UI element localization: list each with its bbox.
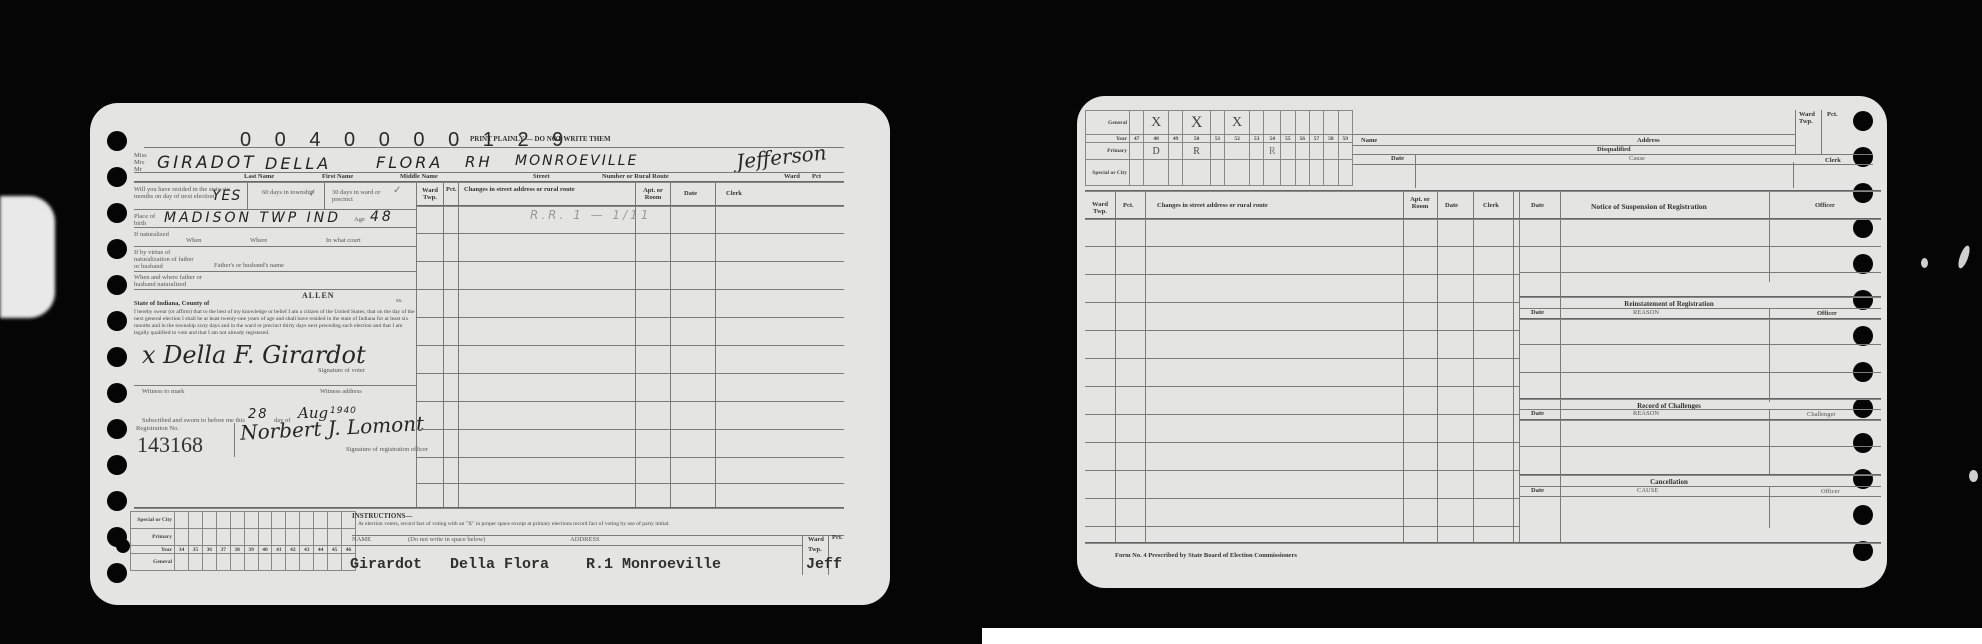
changes-header-clerk: Clerk <box>1483 203 1499 210</box>
sworn-label: Subscribed and sworn to before me this <box>142 418 245 425</box>
transfer-name-label: Name <box>1361 138 1377 145</box>
divider <box>1769 308 1770 402</box>
instructions-title: INSTRUCTIONS— <box>352 513 412 520</box>
divider <box>1519 318 1881 320</box>
changes-row <box>416 233 844 234</box>
last-name-label: Last Name <box>244 174 274 181</box>
witness-address-label: Witness address <box>320 389 362 396</box>
reinstatement-row <box>1519 372 1881 373</box>
divider <box>1519 192 1520 542</box>
divider <box>1793 162 1794 188</box>
divider <box>352 545 802 546</box>
changes-row <box>416 429 844 430</box>
transfer-address-label: Address <box>1637 138 1660 145</box>
age-label: Age <box>354 217 365 224</box>
divider <box>134 172 844 173</box>
divider <box>1795 110 1796 154</box>
dust-speck <box>1956 244 1972 269</box>
divider <box>1560 308 1561 402</box>
registration-card-front: 0 0 4 0 0 0 0 1 2 9 PRINT PLAINLY — DO N… <box>90 103 890 605</box>
voting-record-grid-1934-1946: Special or City Primary Year 34353637383… <box>130 511 356 571</box>
changes-row <box>416 401 844 402</box>
divider <box>1437 192 1438 542</box>
divider <box>1519 496 1881 497</box>
divider <box>416 181 417 507</box>
ss-label: ss. <box>396 298 403 305</box>
divider <box>1519 419 1881 421</box>
registration-card-back: General XXX Year 47484950515253545556575… <box>1077 96 1887 588</box>
number-route-label: Number or Rural Route <box>602 174 669 181</box>
changes-row <box>416 373 844 374</box>
changes-row <box>416 317 844 318</box>
divider <box>1085 542 1881 544</box>
challenges-header-date: Date <box>1531 411 1544 418</box>
middle-name-label: Middle Name <box>400 174 438 181</box>
instructions-pct-label: Pct. <box>832 535 843 542</box>
oath-text: I hereby swear (or affirm) that to the b… <box>134 309 416 337</box>
cancellation-header-date: Date <box>1531 488 1544 495</box>
divider <box>247 183 248 209</box>
reinstatement-title: Reinstatement of Registration <box>1519 300 1819 308</box>
divider <box>670 181 671 507</box>
changes-row <box>416 483 844 484</box>
divider <box>443 181 444 507</box>
suspension-row <box>1519 272 1881 273</box>
divider <box>134 227 416 228</box>
city-value: MONROEVILLE <box>515 154 638 168</box>
divider <box>1513 192 1514 542</box>
changes-row <box>416 345 844 346</box>
divider <box>1115 192 1116 542</box>
divider <box>1085 218 1519 220</box>
typed-last-name: Girardot <box>350 557 422 572</box>
first-name-value: DELLA <box>265 156 331 172</box>
township-residency-answer: ✓ <box>308 189 316 199</box>
changes-row <box>416 457 844 458</box>
grid-label-general: General <box>131 554 175 571</box>
ward-residency-label: 30 days in ward or precinct <box>332 189 402 203</box>
transfer-pct-label: Pct. <box>1827 112 1838 119</box>
county-value: ALLEN <box>302 292 335 300</box>
instructions-text: At election voters, record fact of votin… <box>358 521 778 528</box>
changes-header-pct: Pct. <box>1123 203 1134 210</box>
grid-label-year: Year <box>131 546 175 554</box>
grid-label-special: Special or City <box>1086 160 1130 186</box>
cancellation-title: Cancellation <box>1519 478 1819 486</box>
changes-row <box>1085 358 1519 359</box>
header-notice: PRINT PLAINLY — DO NOT WRITE THEM <box>470 136 611 143</box>
changes-header-date: Date <box>1445 203 1458 210</box>
divider <box>134 181 844 183</box>
changes-row <box>1085 414 1519 415</box>
suspension-header-notice: Notice of Suspension of Registration <box>1591 203 1707 211</box>
divider <box>1769 409 1770 475</box>
instructions-do-not-write: (Do not write in space below) <box>408 537 485 544</box>
grid-label-general: General <box>1086 111 1130 135</box>
ward-residency-answer: ✓ <box>393 186 401 196</box>
reinstatement-header-reason: REASON <box>1633 310 1659 317</box>
divider <box>1415 154 1416 188</box>
suspension-header-officer: Officer <box>1815 203 1835 210</box>
cancellation-header-cause: CAUSE <box>1637 488 1658 495</box>
divider <box>1353 154 1873 155</box>
reinstatement-row <box>1519 344 1881 345</box>
changes-row <box>1085 330 1519 331</box>
divider <box>324 183 325 209</box>
divider <box>458 181 459 507</box>
changes-header-date: Date <box>684 191 697 198</box>
divider <box>1560 409 1561 475</box>
changes-handwritten-note: R.R. 1 — 1/11 <box>530 209 651 221</box>
divider <box>1519 296 1881 298</box>
divider <box>1519 398 1881 400</box>
divider <box>1519 218 1881 220</box>
birthplace-value: MADISON TWP IND <box>164 211 341 225</box>
divider <box>1519 486 1881 487</box>
grid-label-special: Special or City <box>131 512 175 529</box>
ward-label: Ward <box>784 174 800 181</box>
reinstatement-header-officer: Officer <box>1817 311 1837 318</box>
age-value: 48 <box>370 210 394 224</box>
divider <box>416 205 844 207</box>
street-value: RH <box>465 155 493 170</box>
street-label: Street <box>533 174 549 181</box>
divider <box>1473 192 1474 542</box>
divider <box>1403 192 1404 542</box>
divider <box>1821 110 1822 154</box>
grid-label-primary: Primary <box>131 529 175 546</box>
divider <box>715 181 716 507</box>
divider <box>234 423 235 457</box>
naturalized-when-label: When <box>186 238 202 245</box>
pct-label: Pct <box>812 174 821 181</box>
changes-header-address: Changes in street address or rural route <box>464 187 575 194</box>
suspension-row <box>1519 246 1881 247</box>
divider <box>1353 145 1795 146</box>
instructions-address-label: ADDRESS <box>570 537 600 544</box>
naturalized-label: If naturalized <box>134 231 174 238</box>
typed-first-middle: Della Flora <box>450 557 549 572</box>
changes-row <box>1085 386 1519 387</box>
reinstatement-header-date: Date <box>1531 310 1544 317</box>
changes-header-ward: Ward Twp. <box>420 187 440 201</box>
divider <box>1353 164 1873 165</box>
punch-holes-left <box>107 131 127 583</box>
divider <box>635 181 636 507</box>
suspension-header-date: Date <box>1531 203 1544 210</box>
changes-header-pct: Pct. <box>446 187 457 194</box>
grid-label-primary: Primary <box>1086 143 1130 160</box>
film-edge-patch <box>0 196 55 318</box>
voting-record-grid-1947-1959: General XXX Year 47484950515253545556575… <box>1085 110 1353 186</box>
changes-row <box>1085 246 1519 247</box>
divider <box>802 535 803 575</box>
registration-number: 143168 <box>137 434 203 456</box>
divider <box>134 246 416 247</box>
divider <box>134 385 416 386</box>
voter-signature-label: Signature of voter <box>318 368 365 375</box>
changes-row <box>416 289 844 290</box>
changes-header-apt: Apt. or Room <box>1407 197 1433 210</box>
divider <box>1519 409 1881 410</box>
changes-row <box>1085 470 1519 471</box>
divider <box>134 271 416 272</box>
typed-township: Jeff <box>806 557 842 572</box>
divider <box>134 507 844 509</box>
changes-row <box>1085 442 1519 443</box>
witness-mark-label: Witness to mark <box>142 389 184 396</box>
middle-name-value: FLORA <box>376 155 443 171</box>
changes-row <box>416 261 844 262</box>
voter-signature: x Della F. Girardot <box>142 343 366 367</box>
challenges-header-challenger: Challenger <box>1807 412 1836 419</box>
divider <box>1519 308 1881 309</box>
white-margin-block <box>982 628 1982 644</box>
disqualified-date-label: Date <box>1391 156 1404 163</box>
changes-row <box>1085 498 1519 499</box>
state-residency-answer: YES <box>212 189 241 203</box>
disqualified-label: Disqualified <box>1597 147 1631 154</box>
last-name-value: GIRADOT <box>157 155 256 172</box>
divider <box>1145 192 1146 542</box>
birthplace-label: Place of birth <box>134 213 162 227</box>
divider <box>144 147 844 148</box>
changes-header-ward: Ward Twp. <box>1087 202 1113 215</box>
instructions-ward-label: Ward Twp. <box>808 535 824 556</box>
divider <box>1769 486 1770 528</box>
divider <box>1769 192 1770 282</box>
divider <box>1085 190 1881 192</box>
grid-label-year: Year <box>1086 135 1130 143</box>
challenges-row <box>1519 446 1881 447</box>
instructions-name-label: NAME <box>352 537 371 544</box>
divider <box>1519 474 1881 476</box>
county-label: State of Indiana, County of <box>134 301 209 308</box>
dust-speck <box>1969 470 1978 482</box>
salutation-labels: MissMrsMr <box>134 153 147 173</box>
disqualified-cause-label: Cause <box>1629 156 1645 163</box>
typed-address: R.1 Monroeville <box>586 557 721 572</box>
cancellation-header-officer: Officer <box>1821 489 1840 496</box>
divider <box>134 289 416 290</box>
form-footer: Form No. 4 Prescribed by State Board of … <box>1115 553 1297 560</box>
naturalized-where-label: Where <box>250 238 267 245</box>
first-name-label: First Name <box>322 174 353 181</box>
divider <box>1353 134 1795 135</box>
father-naturalized-label: When and where father or husband natural… <box>134 274 204 288</box>
changes-row <box>1085 274 1519 275</box>
divider <box>1560 486 1561 528</box>
virtue-naturalization-label: If by virtue of naturalization of father… <box>134 249 194 270</box>
challenges-header-reason: REASON <box>1633 411 1659 418</box>
changes-header-address: Changes in street address or rural route <box>1157 203 1268 210</box>
father-husband-name-label: Father's or husband's name <box>214 263 284 270</box>
punch-holes-right <box>1853 111 1873 561</box>
changes-header-apt: Apt. or Room <box>640 187 666 201</box>
changes-row <box>1085 526 1519 527</box>
changes-header-clerk: Clerk <box>726 191 742 198</box>
dust-speck <box>1921 258 1928 268</box>
punched-hole <box>116 539 130 553</box>
transfer-ward-label: Ward Twp. <box>1799 112 1817 125</box>
changes-row <box>1085 302 1519 303</box>
naturalized-court-label: In what court <box>326 238 361 245</box>
